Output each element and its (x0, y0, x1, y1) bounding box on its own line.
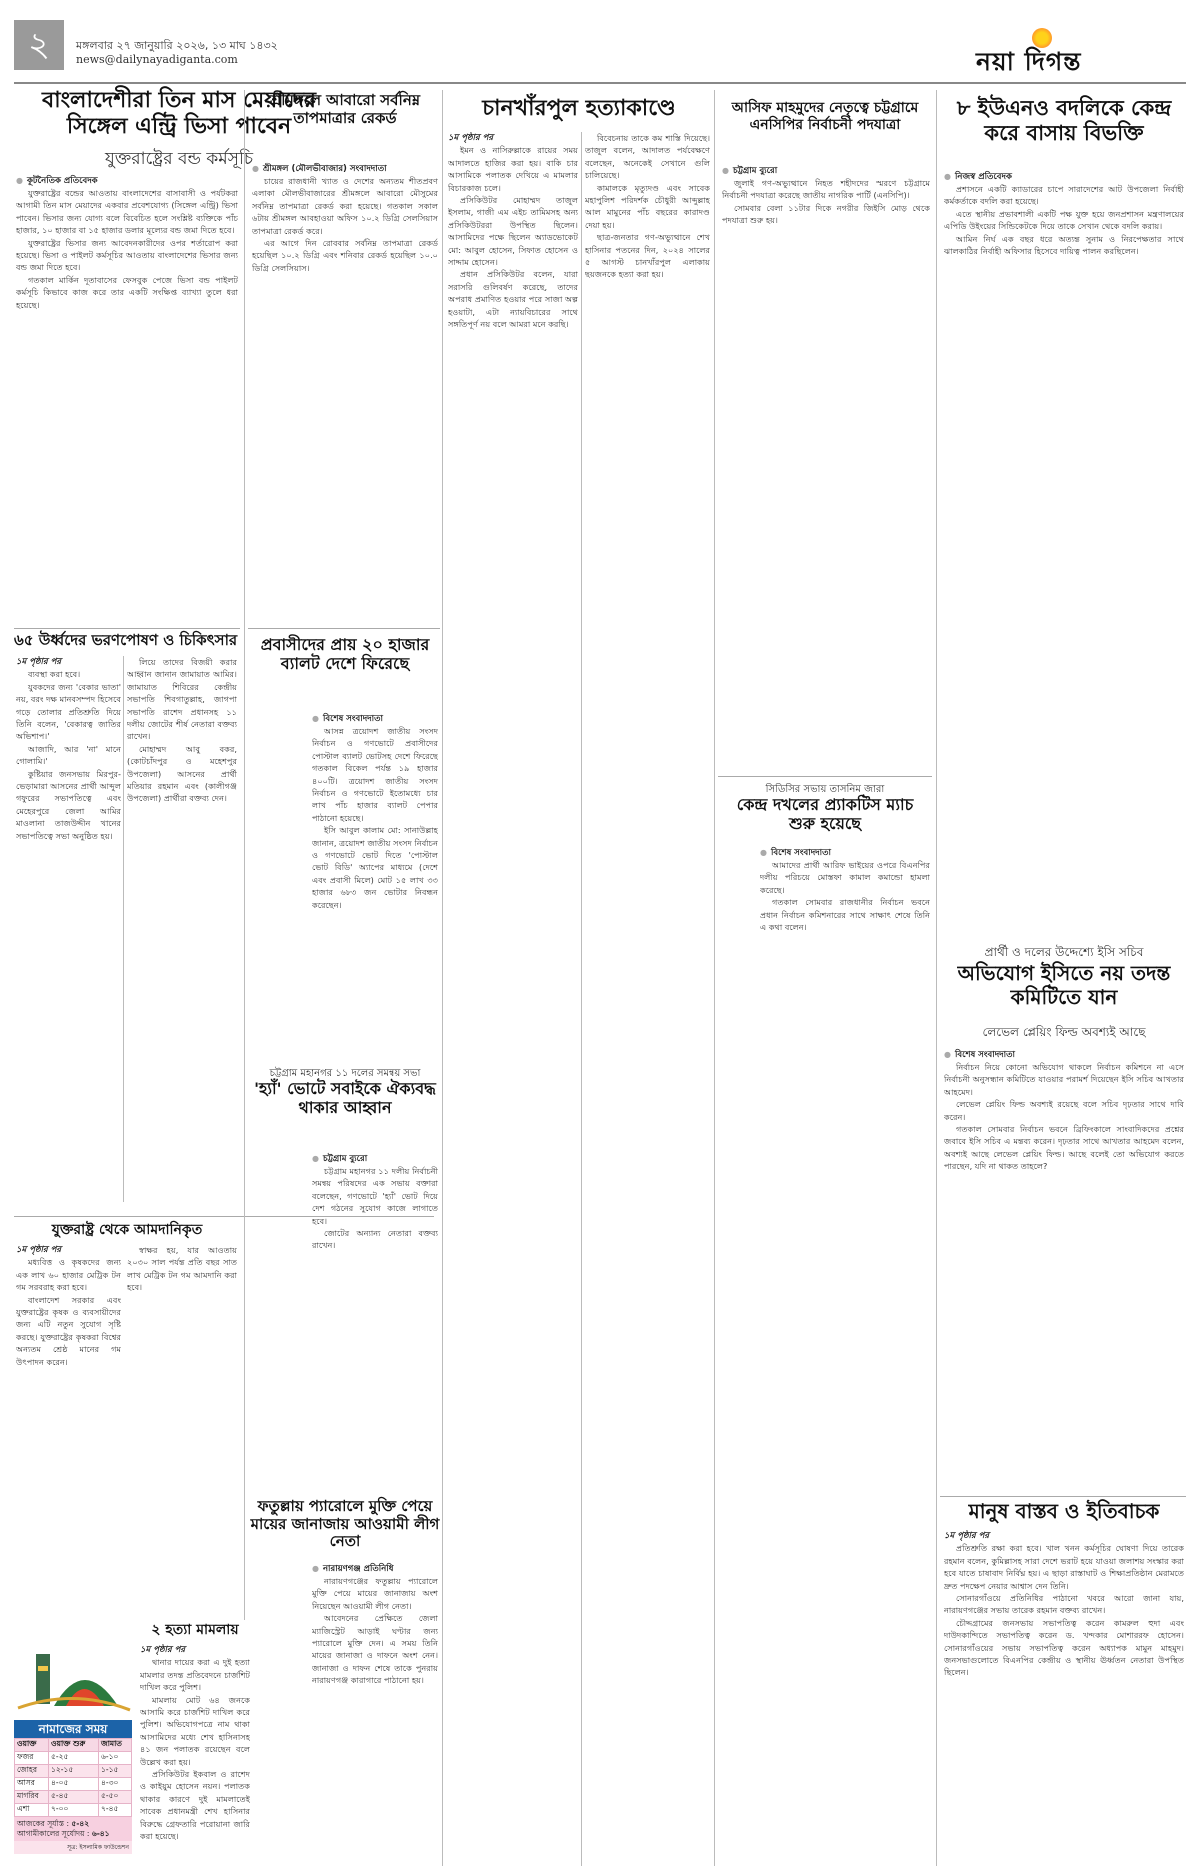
subhead-ec: লেভেল প্লেয়িং ফিল্ড অবশ্যই আছে (942, 1024, 1186, 1044)
page-number: ২ (14, 20, 64, 70)
prayer-times-title: নামাজের সময় (14, 1720, 132, 1738)
newspaper-logo: নয়া দিগন্ত (976, 28, 1136, 68)
headline-uno: ৮ ইউএনও বদলিকে কেন্দ্র করে বাসায় বিভক্ত… (942, 96, 1186, 146)
headline-elderly: ৬৫ উর্ধ্বদের ভরণপোষণ ও চিকিৎসার (14, 632, 240, 650)
divider (718, 776, 932, 777)
article-body-shrimangal: চায়ের রাজধানী খ্যাত ও দেশের অন্যতম শীতপ… (252, 175, 438, 615)
article-body-visa: যুক্তরাষ্ট্রের বন্ডের আওতায় বাংলাদেশের … (16, 187, 238, 617)
headline-ec: অভিযোগ ইসিতে নয় তদন্ত কমিটিতে যান (942, 962, 1186, 1009)
article-body-chankharpul-2: বিবেচনায় তাকে কম শাস্তি দিয়েছে। তাজুল … (585, 132, 710, 1866)
headline-shrimangal: শ্রীমঙ্গলে আবারো সর্বনিম্ন তাপমাত্রার রে… (250, 92, 440, 127)
article-body-murder: ১ম পৃষ্ঠার পর থানার দায়ের করা এ দুই হত্… (140, 1644, 250, 1864)
headline-ballot: প্রবাসীদের প্রায় ২০ হাজার ব্যালট দেশে ফ… (250, 636, 440, 674)
headline-murder: ২ হত্যা মামলায় (140, 1622, 250, 1639)
prayer-row: মাগরিব৫-৪৫৫-৫০ (15, 1791, 132, 1804)
byline-fatullah: নারায়ণগঞ্জ প্রতিনিধি (312, 1562, 393, 1576)
logo-text: নয়া দিগন্ত (976, 42, 1082, 85)
prayer-row: আসর৪-০৫৪-৩০ (15, 1778, 132, 1791)
byline-asif: চট্টগ্রাম ব্যুরো (722, 164, 777, 178)
masthead: ২ মঙ্গলবার ২৭ জানুয়ারি ২০২৬, ১৩ মাঘ ১৪৩… (0, 0, 1200, 70)
continued-label: ১ম পৃষ্ঠার পর (16, 656, 121, 668)
mosque-illustration (14, 1650, 132, 1716)
byline-kendro: বিশেষ সংবাদদাতা (760, 846, 831, 860)
headline-ctg: 'হ্যাঁ' ভোটে সবাইকে ঐক্যবদ্ধ থাকার আহ্বা… (250, 1080, 440, 1118)
article-body-elderly-1: ১ম পৃষ্ঠার পর ব্যবস্থা করা হবে। যুবকদের … (16, 656, 121, 1202)
continued-label: ১ম পৃষ্ঠার পর (16, 1244, 121, 1256)
headline-usa: যুক্তরাষ্ট্র থেকে আমদানিকৃত (14, 1222, 240, 1239)
prayer-source: সূত্র: ইসলামিক ফাউন্ডেশন (14, 1841, 132, 1854)
prayer-times-table: ওয়াক্ত ওয়াক্ত শুরু জামাত ফজর৫-২৫৬-১০ জ… (14, 1738, 132, 1817)
article-body-ctg: চট্টগ্রাম মহানগর ১১ দলীয় নির্বাচনী সমন্… (312, 1165, 438, 1485)
article-body-ballot: আসন্ন ত্রয়োদশ জাতীয় সংসদ নির্বাচন ও গণ… (312, 725, 438, 1057)
article-body-chankharpul-1: ১ম পৃষ্ঠার পর ইমন ও নাসিরুল্লাকে রায়ের … (448, 132, 578, 1866)
divider (940, 1496, 1186, 1497)
article-body-usa-2: স্বাক্ষর হয়, যার আওতায় ২০৩০ সাল পর্যন্… (127, 1244, 237, 1644)
prayer-row: জোহর১২-১৫১-১৫ (15, 1765, 132, 1778)
prayer-times-box: নামাজের সময় ওয়াক্ত ওয়াক্ত শুরু জামাত … (14, 1720, 132, 1868)
column-rule (442, 90, 443, 1866)
headline-kendro: কেন্দ্র দখলের প্র্যাকটিস ম্যাচ শুরু হয়ে… (730, 796, 920, 834)
byline-shrimangal: শ্রীমঙ্গল (মৌলভীবাজার) সংবাদদাতা (252, 162, 387, 176)
continued-label: ১ম পৃষ্ঠার পর (944, 1530, 1184, 1542)
column-rule (244, 90, 245, 1620)
continued-label: ১ম পৃষ্ঠার পর (448, 132, 578, 144)
article-body-asif: জুলাই গণ-অভ্যুত্থানে নিহত শহীদদের স্মরণে… (722, 177, 930, 772)
article-body-kendro: আমাদের প্রার্থী আরিফ ভাইয়ের ওপরে বিএনপি… (760, 859, 930, 1864)
prayer-row: এশা৭-০০৭-৪৫ (15, 1804, 132, 1817)
byline-uno: নিজস্ব প্রতিবেদক (944, 170, 1012, 184)
byline-visa: কূটনৈতিক প্রতিবেদক (16, 174, 98, 188)
headline-tarek: মানুষ বাস্তব ও ইতিবাচক (942, 1500, 1186, 1524)
article-body-elderly-2: লিয়ে তাদের বিজয়ী করার আহ্বান জানান জাম… (127, 656, 237, 1202)
sun-times: আজকের সূর্যাস্ত : ৫-৪২ আগামীকালের সূর্যো… (14, 1817, 132, 1841)
column-rule (123, 656, 124, 1202)
column-rule (936, 90, 937, 1866)
byline-ec: বিশেষ সংবাদদাতা (944, 1048, 1015, 1062)
article-body-fatullah: নারায়ণগঞ্জের ফতুল্লায় প্যারোলে মুক্তি … (312, 1575, 438, 1865)
divider (248, 628, 440, 629)
byline-ballot: বিশেষ সংবাদদাতা (312, 712, 383, 726)
headline-asif: আসিফ মাহমুদের নেতৃত্বে চট্টগ্রামে এনসিপি… (718, 100, 932, 133)
byline-ctg: চট্টগ্রাম ব্যুরো (312, 1152, 367, 1166)
contact-email[interactable]: news@dailynayadiganta.com (76, 53, 238, 66)
headline-chankharpul: চানখাঁরপুল হত্যাকাণ্ডে (448, 96, 710, 122)
article-body-ec: নির্বাচন নিয়ে কোনো অভিযোগ থাকলে নির্বাচ… (944, 1061, 1184, 1491)
prayer-row: ফজর৫-২৫৬-১০ (15, 1752, 132, 1765)
headline-fatullah: ফতুল্লায় প্যারোলে মুক্তি পেয়ে মায়ের জ… (250, 1498, 440, 1551)
masthead-divider (14, 82, 1186, 84)
column-rule (714, 90, 715, 1866)
divider (14, 628, 240, 629)
article-body-tarek: ১ম পৃষ্ঠার পর প্রতিশ্রুতি রক্ষা করা হবে।… (944, 1530, 1184, 1866)
article-body-usa-1: ১ম পৃষ্ঠার পর মধ্যবিত্ত ও কৃষকদের জন্য এ… (16, 1244, 121, 1644)
article-body-uno: প্রশাসনে একটি ক্যাডারের চাপে সারাদেশের আ… (944, 183, 1184, 941)
column-rule (581, 132, 582, 1866)
